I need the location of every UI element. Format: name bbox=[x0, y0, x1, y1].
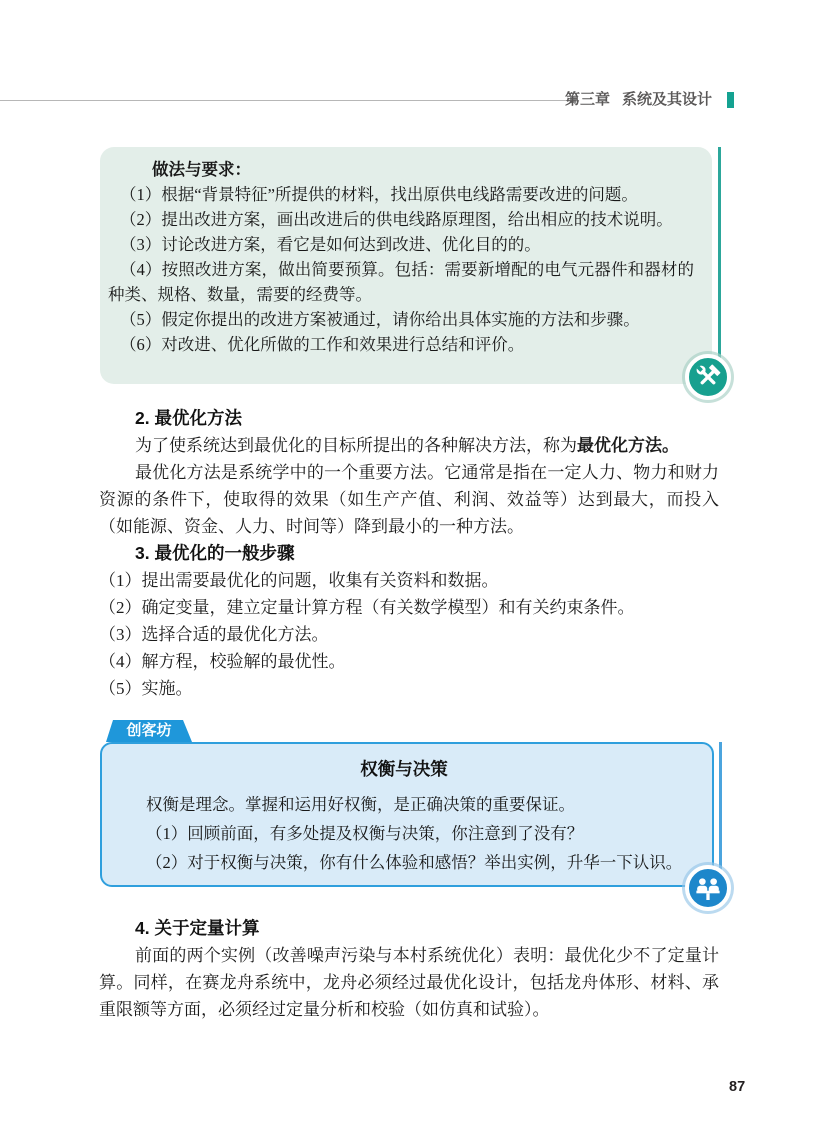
optimization-step: （5）实施。 bbox=[99, 675, 719, 702]
maker-box-line: 权衡是理念。掌握和运用好权衡，是正确决策的重要保证。 bbox=[112, 790, 696, 819]
task-box-item: （1）根据“背景特征”所提供的材料，找出原供电线路需要改进的问题。 bbox=[108, 182, 694, 207]
task-box-side-bar bbox=[718, 147, 721, 384]
section-heading-optimization-method: 2. 最优化方法 bbox=[99, 405, 719, 432]
discussion-icon bbox=[693, 873, 723, 903]
task-box-item: （6）对改进、优化所做的工作和效果进行总结和评价。 bbox=[108, 332, 694, 357]
page-header: 第三章系统及其设计 bbox=[565, 92, 712, 108]
definition-term-bold: 最优化方法。 bbox=[577, 436, 679, 455]
task-box-item: （2）提出改进方案，画出改进后的供电线路原理图，给出相应的技术说明。 bbox=[108, 207, 694, 232]
header-rule bbox=[0, 100, 570, 101]
maker-box-title: 权衡与决策 bbox=[112, 756, 696, 782]
textbook-page: 第三章系统及其设计 做法与要求： （1）根据“背景特征”所提供的材料，找出原供电… bbox=[0, 0, 816, 1145]
chapter-label: 第三章 bbox=[565, 91, 610, 108]
task-box-item: （5）假定你提出的改进方案被通过，请你给出具体实施的方法和步骤。 bbox=[108, 307, 694, 332]
optimization-step: （3）选择合适的最优化方法。 bbox=[99, 621, 719, 648]
tools-icon bbox=[693, 362, 723, 392]
task-box-item: （4）按照改进方案，做出简要预算。包括：需要新增配的电气元器件和器材的种类、规格… bbox=[108, 257, 694, 307]
maker-workshop-tab: 创客坊 bbox=[106, 720, 192, 742]
maker-box-lines: 权衡是理念。掌握和运用好权衡，是正确决策的重要保证。 （1）回顾前面，有多处提及… bbox=[112, 790, 696, 877]
section-heading-optimization-steps: 3. 最优化的一般步骤 bbox=[99, 540, 719, 567]
quantitative-paragraph: 前面的两个实例（改善噪声污染与本村系统优化）表明：最优化少不了定量计算。同样，在… bbox=[99, 942, 719, 1023]
definition-text: 为了使系统达到最优化的目标所提出的各种解决方法，称为 bbox=[135, 436, 577, 455]
optimization-step: （4）解方程，校验解的最优性。 bbox=[99, 648, 719, 675]
optimization-method-definition: 为了使系统达到最优化的目标所提出的各种解决方法，称为最优化方法。 bbox=[99, 432, 719, 459]
optimization-method-paragraph: 最优化方法是系统学中的一个重要方法。它通常是指在一定人力、物力和财力资源的条件下… bbox=[99, 459, 719, 540]
task-box: 做法与要求： （1）根据“背景特征”所提供的材料，找出原供电线路需要改进的问题。… bbox=[100, 147, 712, 384]
task-box-item: （3）讨论改进方案，看它是如何达到改进、优化目的的。 bbox=[108, 232, 694, 257]
maker-box-line: （1）回顾前面，有多处提及权衡与决策，你注意到了没有？ bbox=[112, 819, 696, 848]
section-heading-quantitative: 4. 关于定量计算 bbox=[99, 915, 719, 942]
page-number: 87 bbox=[729, 1079, 745, 1095]
optimization-step: （1）提出需要最优化的问题，收集有关资料和数据。 bbox=[99, 567, 719, 594]
body-text-block: 4. 关于定量计算 前面的两个实例（改善噪声污染与本村系统优化）表明：最优化少不… bbox=[99, 915, 719, 1023]
tools-icon-badge bbox=[685, 354, 731, 400]
maker-workshop-box: 权衡与决策 权衡是理念。掌握和运用好权衡，是正确决策的重要保证。 （1）回顾前面… bbox=[100, 742, 714, 887]
maker-box-line: （2）对于权衡与决策，你有什么体验和感悟？举出实例，升华一下认识。 bbox=[112, 848, 696, 877]
chapter-accent-bar bbox=[727, 92, 734, 108]
task-box-heading: 做法与要求： bbox=[108, 157, 694, 182]
discussion-icon-badge bbox=[685, 865, 731, 911]
chapter-title: 系统及其设计 bbox=[622, 91, 712, 108]
body-text-block: 2. 最优化方法 为了使系统达到最优化的目标所提出的各种解决方法，称为最优化方法… bbox=[99, 405, 719, 702]
maker-box-side-bar bbox=[719, 742, 722, 887]
optimization-step: （2）确定变量，建立定量计算方程（有关数学模型）和有关约束条件。 bbox=[99, 594, 719, 621]
